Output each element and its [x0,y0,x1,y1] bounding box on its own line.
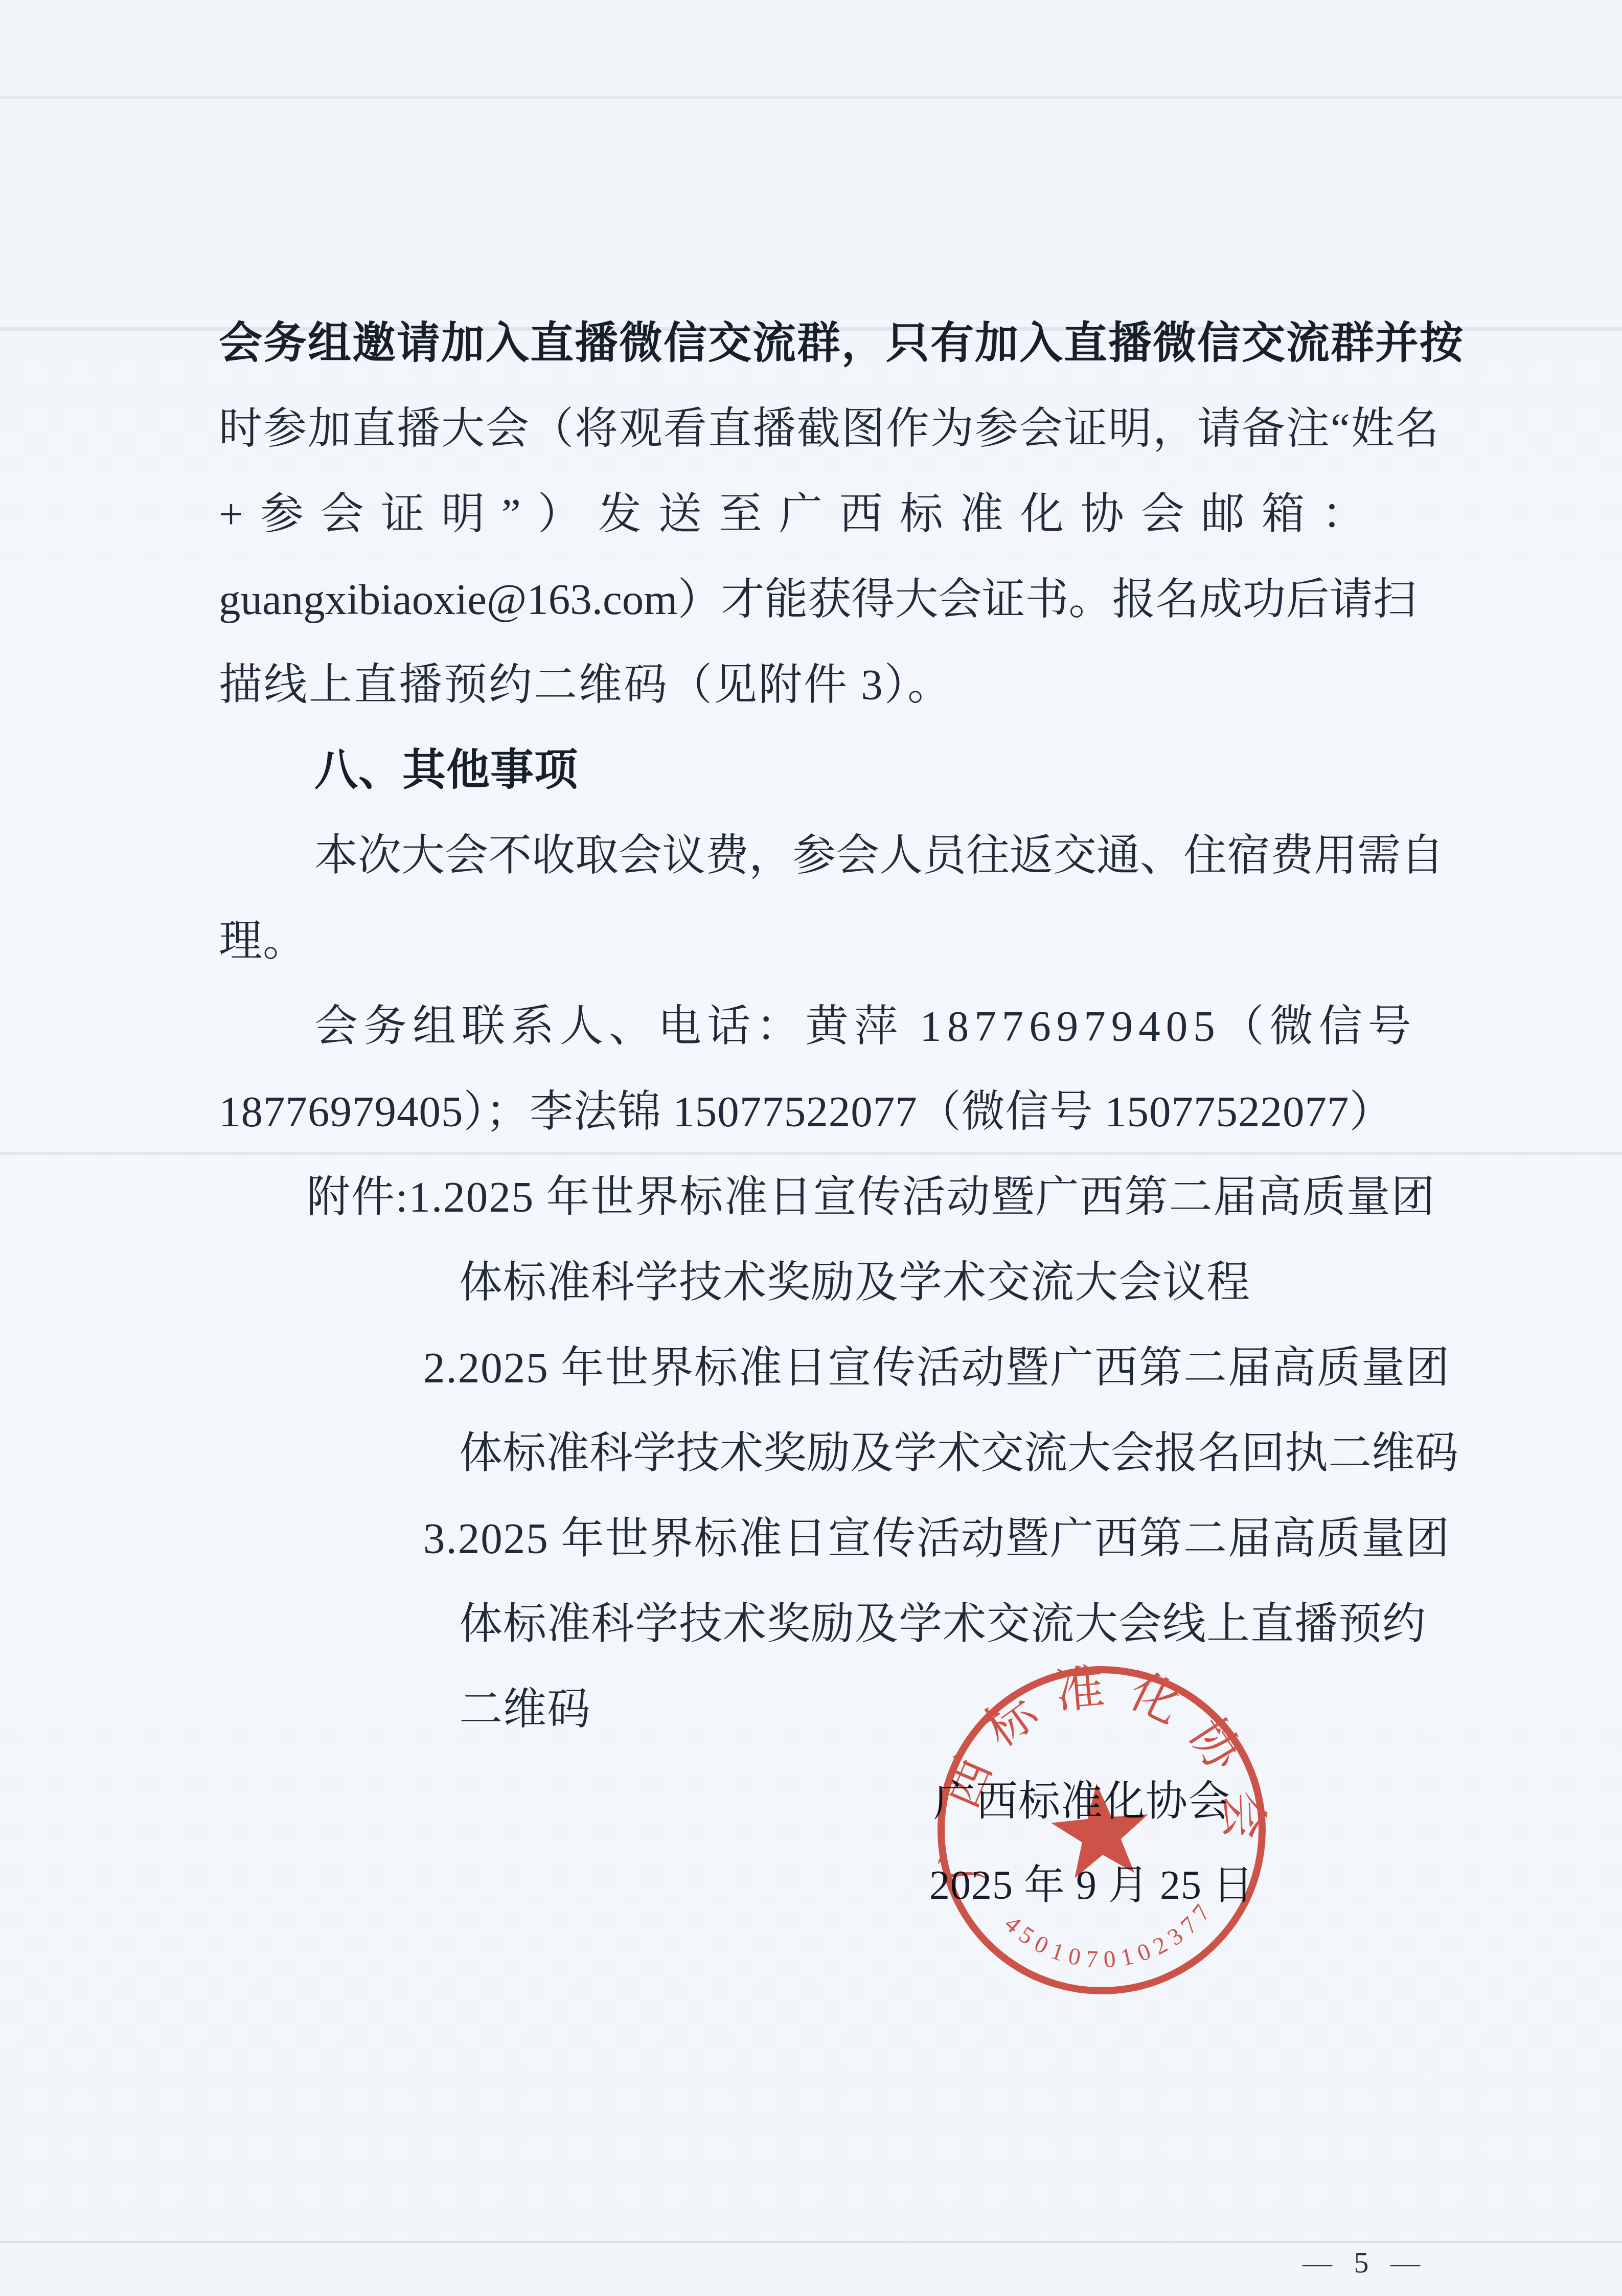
scan-artifact-band [0,96,1622,99]
body-line: 时参加直播大会（将观看直播截图作为参会证明，请备注“姓名 [219,405,1440,453]
page-number: — 5 — [1303,2245,1427,2280]
document-page: 会务组邀请加入直播微信交流群，只有加入直播微信交流群并按 时参加直播大会（将观看… [0,0,1622,2296]
seal-arc-text: 广西标准化协会 [917,1647,1275,1886]
body-line: 会务组邀请加入直播微信交流群，只有加入直播微信交流群并按 [219,320,1464,368]
attachment-line: 附件:1.2025 年世界标准日宣传活动暨广西第二届高质量团 [307,1173,1436,1222]
signature-date: 2025 年 9 月 25 日 [929,1852,1254,1911]
body-line: 本次大会不收取会议费，参会人员往返交通、住宿费用需自 [314,832,1444,880]
scan-artifact-band [0,2241,1622,2243]
attachment-line: 二维码 [459,1686,591,1734]
official-seal: 广西标准化协会 4501070102377 [908,1636,1295,2024]
body-line: 描线上直播预约二维码（见附件 3）。 [219,661,952,710]
body-line: 理。 [219,917,307,966]
body-line-email: guangxibiaoxie@163.com）才能获得大会证书。报名成功后请扫 [219,576,1416,624]
signature-org: 广西标准化协会 [933,1768,1230,1828]
attachment-line: 3.2025 年世界标准日宣传活动暨广西第二届高质量团 [423,1515,1450,1563]
scan-artifact-band [0,1152,1622,1155]
contact-line: 会务组联系人、电话：黄萍 18776979405（微信号 [314,1003,1417,1051]
contact-line: 18776979405）；李法锦 15077522077（微信号 1507752… [219,1088,1393,1136]
body-line: +参会证明”）发送至广西标准化协会邮箱： [219,490,1382,539]
attachment-line: 体标准科学技术奖励及学术交流大会议程 [459,1259,1250,1307]
attachment-line: 2.2025 年世界标准日宣传活动暨广西第二届高质量团 [423,1344,1450,1393]
attachment-line: 体标准科学技术奖励及学术交流大会线上直播预约 [459,1600,1426,1649]
attachment-line: 体标准科学技术奖励及学术交流大会报名回执二维码 [459,1429,1458,1478]
seal-ring [928,1656,1275,2004]
section-heading-other-matters: 八、其他事项 [314,746,578,795]
